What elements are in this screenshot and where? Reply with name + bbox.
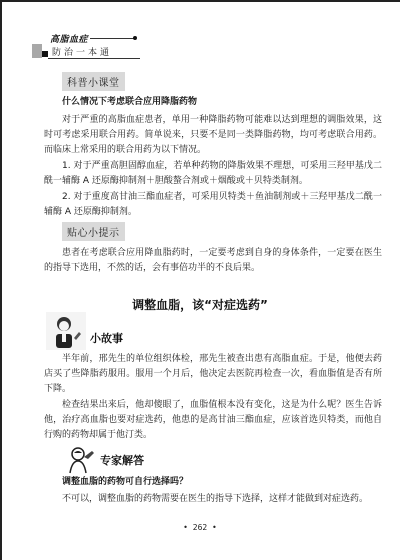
tips-paragraph: 患者在考虑联合应用降血脂药时，一定要考虑到自身的身体条件，一定要在医生的指导下选… bbox=[44, 246, 382, 276]
book-header: 高脂血症 防治一本通 bbox=[30, 30, 140, 62]
header-rule bbox=[90, 38, 134, 39]
story-heading: 小故事 bbox=[90, 330, 123, 346]
expert-heading: 专家解答 bbox=[100, 452, 144, 468]
header-black-block bbox=[42, 51, 48, 57]
header-gray-block bbox=[32, 44, 42, 58]
section-question: 什么情况下考虑联合应用降脂药物 bbox=[62, 95, 197, 110]
story-paragraph-1: 半年前，邢先生的单位组织体检，邢先生被查出患有高脂血症。于是，他便去药店买了些降… bbox=[44, 352, 382, 398]
page-number: • 262 • bbox=[0, 523, 400, 532]
page-border-left bbox=[0, 0, 2, 560]
section-label-science-class: 科普小课堂 bbox=[62, 72, 125, 91]
section-label-tips: 贴心小提示 bbox=[62, 222, 125, 241]
expert-question: 调整血脂的药物可自行选择吗？ bbox=[62, 475, 188, 490]
book-title-top: 高脂血症 bbox=[50, 32, 88, 45]
header-dot bbox=[133, 36, 137, 40]
header-underline bbox=[48, 58, 140, 59]
expert-icon bbox=[66, 445, 98, 475]
main-title: 调整血脂，该“对症选药” bbox=[0, 296, 400, 313]
page-border-top bbox=[0, 0, 400, 2]
story-paragraph-2: 检查结果出来后，他却傻眼了，血脂值根本没有变化，这是为什么呢？医生告诉他，治疗高… bbox=[44, 398, 382, 444]
section-paragraph-1: 对于严重的高脂血症患者，单用一种降脂药物可能难以达到理想的调脂效果，这时可考虑采… bbox=[44, 113, 382, 159]
expert-answer: 不可以，调整血脂的药物需要在医生的指导下选择，这样才能做到对症选药。 bbox=[44, 492, 382, 522]
section-paragraph-2: 1. 对于严重高胆固醇血症，若单种药物的降脂效果不理想，可采用三羟甲基戊二酰一辅… bbox=[44, 159, 382, 189]
book-title-bottom: 防治一本通 bbox=[52, 45, 112, 58]
storyteller-icon bbox=[46, 312, 86, 350]
section-paragraph-3: 2. 对于重度高甘油三酯血症者，可采用贝特类＋鱼油制剂或＋三羟甲基戊二酰一辅酶 … bbox=[44, 190, 382, 220]
